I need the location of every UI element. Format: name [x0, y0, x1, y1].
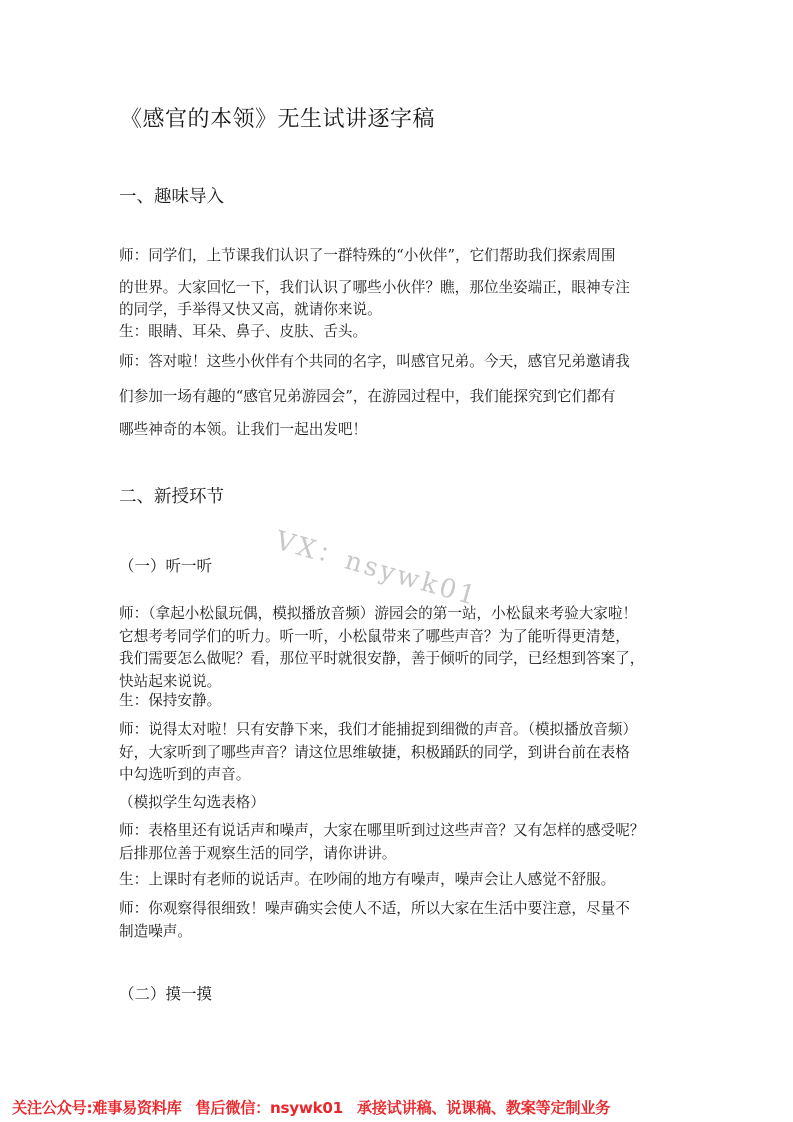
text-line: 我们需要怎么做呢？看，那位平时就很安静，善于倾听的同学，已经想到答案了，: [119, 648, 675, 671]
text-line: 们参加一场有趣的“感官兄弟游园会”，在游园过程中，我们能探究到它们都有: [119, 380, 675, 413]
footer-services: 承接试讲稿、说课稿、教案等定制业务: [357, 1097, 610, 1118]
text-line: 它想考考同学们的听力。听一听，小松鼠带来了哪些声音？为了能听得更清楚，: [119, 626, 675, 649]
footer-after-sales-contact: 售后微信：nsywk01: [196, 1097, 343, 1118]
text-line: 中勾选听到的声音。: [119, 764, 675, 787]
paragraph-teacher-listen-4: 师：你观察得很细致！噪声确实会使人不适，所以大家在生活中要注意，尽量不 制造噪声…: [119, 898, 675, 943]
text-line: 的同学，手举得又快又高，就请你来说。: [119, 299, 675, 321]
text-line: 好，大家听到了哪些声音？请这位思维敏捷，积极踊跃的同学，到讲台前在表格: [119, 742, 675, 765]
paragraph-teacher-listen-2: 师：说得太对啦！只有安静下来，我们才能捕捉到细微的声音。（模拟播放音频） 好，大…: [119, 719, 675, 787]
text-line: 师：说得太对啦！只有安静下来，我们才能捕捉到细微的声音。（模拟播放音频）: [119, 719, 675, 742]
text-line: 师：你观察得很细致！噪声确实会使人不适，所以大家在生活中要注意，尽量不: [119, 898, 675, 921]
text-line: 的世界。大家回忆一下，我们认识了哪些小伙伴？瞧，那位坐姿端正，眼神专注: [119, 277, 675, 299]
document-page: 《感官的本领》无生试讲逐字稿 一、趣味导入 师：同学们，上节课我们认识了一群特殊…: [0, 0, 793, 1122]
footer-wechat-account: 关注公众号:难事易资料库: [12, 1097, 182, 1118]
text-line: 师：（拿起小松鼠玩偶，模拟播放音频）游园会的第一站，小松鼠来考验大家啦！: [119, 603, 675, 626]
text-line: 生：上课时有老师的说话声。在吵闹的地方有噪声，噪声会让人感觉不舒服。: [119, 869, 675, 891]
paragraph-teacher-intro-2: 师：答对啦！这些小伙伴有个共同的名字，叫感官兄弟。今天，感官兄弟邀请我 们参加一…: [119, 350, 675, 446]
text-line: （模拟学生勾选表格）: [119, 792, 675, 814]
paragraph-student-answer-2: 生：保持安静。: [119, 690, 675, 712]
section-heading-intro: 一、趣味导入: [119, 183, 224, 208]
text-line: 师：同学们，上节课我们认识了一群特殊的“小伙伴”，它们帮助我们探索周围: [119, 239, 675, 272]
document-title: 《感官的本领》无生试讲逐字稿: [120, 102, 435, 133]
text-line: 生：眼睛、耳朵、鼻子、皮肤、舌头。: [119, 320, 675, 344]
paragraph-teacher-listen-1: 师：（拿起小松鼠玩偶，模拟播放音频）游园会的第一站，小松鼠来考验大家啦！ 它想考…: [119, 603, 675, 693]
subsection-heading-listen: （一）听一听: [119, 554, 212, 576]
paragraph-teacher-listen-3: 师：表格里还有说话声和噪声，大家在哪里听到过这些声音？又有怎样的感受呢？ 后排那…: [119, 820, 675, 865]
paragraph-teacher-intro-1: 师：同学们，上节课我们认识了一群特殊的“小伙伴”，它们帮助我们探索周围 的世界。…: [119, 239, 675, 321]
text-line: 后排那位善于观察生活的同学，请你讲讲。: [119, 843, 675, 866]
paragraph-stage-direction: （模拟学生勾选表格）: [119, 792, 675, 814]
footer-promo-banner: 关注公众号:难事易资料库 售后微信：nsywk01 承接试讲稿、说课稿、教案等定…: [0, 1094, 793, 1120]
paragraph-student-answer-1: 生：眼睛、耳朵、鼻子、皮肤、舌头。: [119, 320, 675, 344]
text-line: 制造噪声。: [119, 921, 675, 944]
text-line: 生：保持安静。: [119, 690, 675, 712]
text-line: 师：答对啦！这些小伙伴有个共同的名字，叫感官兄弟。今天，感官兄弟邀请我: [119, 350, 675, 374]
section-heading-new-lesson: 二、新授环节: [119, 483, 224, 508]
text-line: 哪些神奇的本领。让我们一起出发吧！: [119, 413, 675, 446]
paragraph-student-answer-3: 生：上课时有老师的说话声。在吵闹的地方有噪声，噪声会让人感觉不舒服。: [119, 869, 675, 891]
subsection-heading-touch: （二）摸一摸: [119, 982, 212, 1004]
text-line: 师：表格里还有说话声和噪声，大家在哪里听到过这些声音？又有怎样的感受呢？: [119, 820, 675, 843]
watermark: VX：nsywk01: [272, 520, 483, 613]
